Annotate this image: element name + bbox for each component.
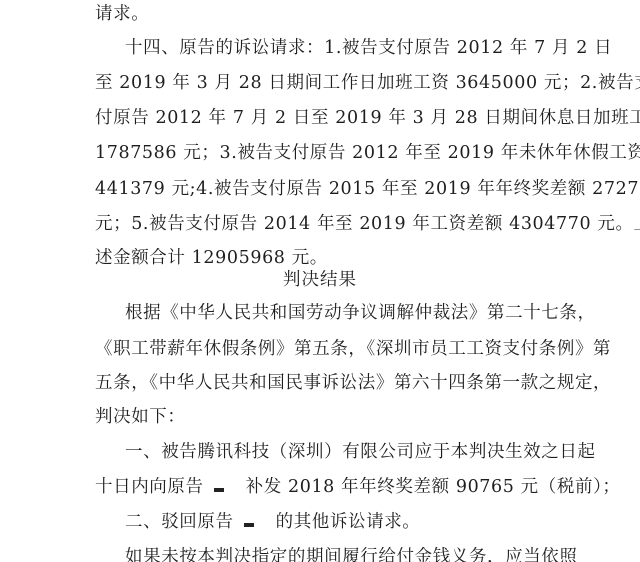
text-segment: 的其他诉讼请求。 [276, 512, 421, 532]
text-line: 述金额合计 12905968 元。 [95, 246, 575, 270]
text-segment: 补发 2018 年年终奖差额 90765 元（税前）； [246, 477, 621, 497]
ruling-1-line: 一、被告腾讯科技（深圳）有限公司应于本判决生效之日起 [125, 440, 575, 464]
text-line: 《职工带薪年休假条例》第五条，《深圳市员工工资支付条例》第 [95, 337, 575, 361]
text-line: 如果未按本判决指定的期间履行给付金钱义务，应当依照 [125, 545, 575, 562]
text-line: 根据《中华人民共和国劳动争议调解仲裁法》第二十七条， [125, 301, 575, 325]
text-line: 请求。 [95, 2, 575, 26]
text-line: 441379 元;4.被告支付原告 2015 年至 2019 年年终奖差额 27… [95, 177, 575, 201]
ruling-1-continuation: 十日内向原告补发 2018 年年终奖差额 90765 元（税前）； [95, 475, 575, 499]
text-segment: 十日内向原告 [95, 477, 204, 497]
document-page: 请求。 十四、原告的诉讼请求：1.被告支付原告 2012 年 7 月 2 日 至… [0, 0, 640, 562]
text-line: 五条，《中华人民共和国民事诉讼法》第六十四条第一款之规定， [95, 371, 575, 395]
ruling-2-line: 二、驳回原告的其他诉讼请求。 [125, 510, 575, 534]
text-line: 付原告 2012 年 7 月 2 日至 2019 年 3 月 28 日期间休息日… [95, 106, 575, 130]
text-segment: 二、驳回原告 [125, 512, 234, 532]
text-line: 十四、原告的诉讼请求：1.被告支付原告 2012 年 7 月 2 日 [125, 36, 575, 60]
text-line: 元；5.被告支付原告 2014 年至 2019 年工资差额 4304770 元。… [95, 212, 575, 236]
text-line: 判决如下： [95, 405, 575, 429]
redacted-name [234, 516, 276, 530]
text-line: 1787586 元；3.被告支付原告 2012 年至 2019 年未休年休假工资 [95, 141, 575, 165]
redacted-name [204, 481, 246, 495]
section-heading: 判决结果 [0, 268, 640, 292]
text-line: 至 2019 年 3 月 28 日期间工作日加班工资 3645000 元；2.被… [95, 71, 575, 95]
